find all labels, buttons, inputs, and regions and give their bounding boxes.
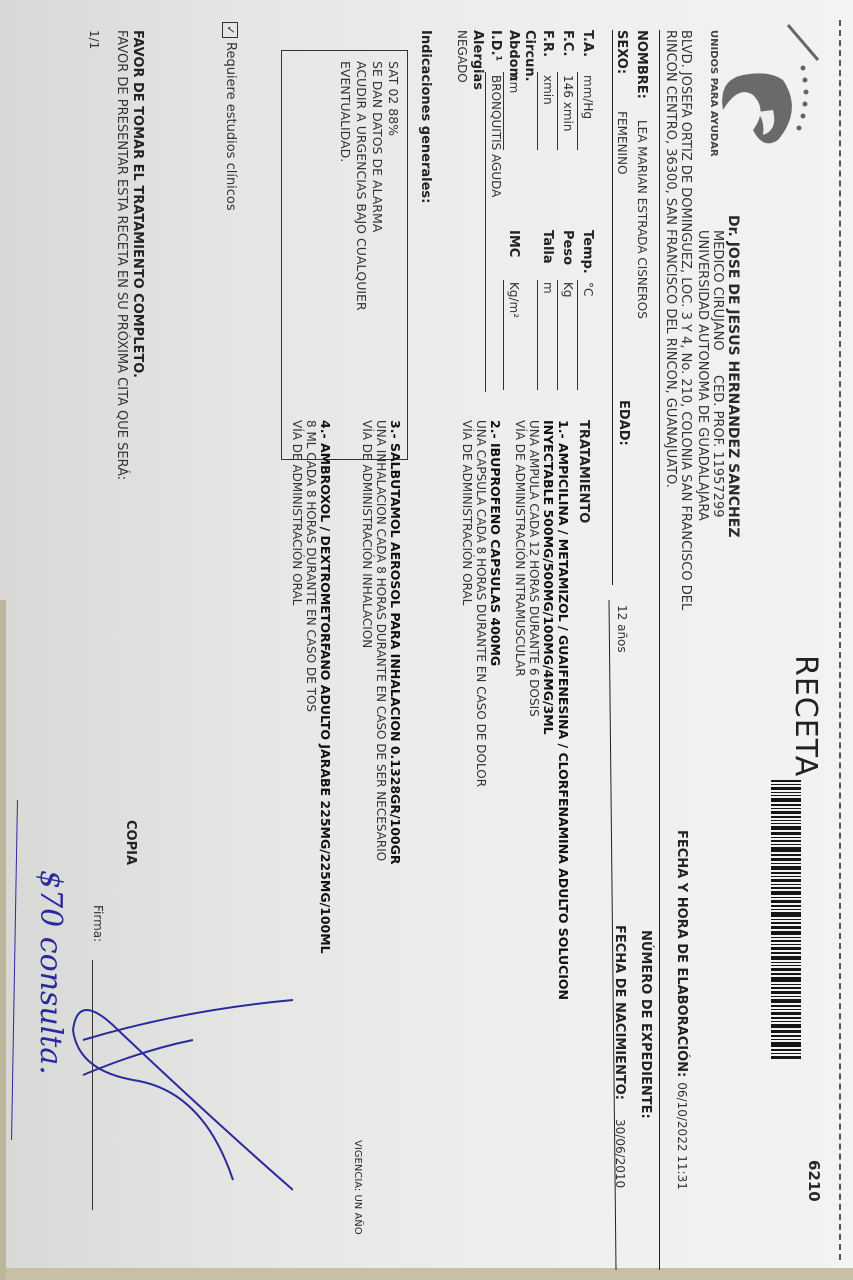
page-number: 1/1: [87, 30, 101, 49]
issued-value: 06/10/2022 11:31: [675, 1082, 689, 1190]
treatment-item: 4.- AMBROXOL / DEXTROMETORFANO ADULTO JA…: [290, 420, 333, 954]
issued-label: FECHA Y HORA DE ELABORACIÓN:: [674, 830, 689, 1077]
fc-label: F.C.: [560, 30, 575, 56]
medication-name: 4.- AMBROXOL / DEXTROMETORFANO ADULTO JA…: [318, 420, 333, 954]
treatment-item: 3.- SALBUTAMOL AEROSOL PARA INHALACION 0…: [360, 420, 403, 864]
indication-line: EVENTUALIDAD.: [337, 61, 353, 449]
patient-sex: FEMENINO: [615, 111, 629, 174]
treatment-label: TRATAMIENTO: [576, 420, 591, 523]
patient-name: LEA MARIAN ESTRADA CISNEROS: [635, 120, 649, 319]
height-label: Talla: [540, 230, 555, 264]
ta-label: T.A.: [580, 30, 595, 57]
diagnosis-value: BRONQUITIS AGUDA: [489, 75, 503, 197]
allergies-label: Alergias: [470, 30, 485, 90]
weight-label: Peso: [560, 230, 575, 265]
svg-text:UNIDOS PARA AYUDAR: UNIDOS PARA AYUDAR: [708, 30, 719, 157]
circ-label: Circun.: [522, 30, 537, 82]
medication-instruction: VÍA DE ADMINISTRACIÓN INHALACION: [360, 420, 374, 864]
file-number-label: NÚMERO DE EXPEDIENTE:: [638, 930, 653, 1119]
medication-name: 2.- IBUPROFENO CAPSULAS 400MG: [488, 420, 503, 787]
bmi-label: IMC: [506, 230, 521, 257]
barcode: [771, 780, 801, 1190]
allergies-value: NEGADO: [455, 30, 469, 83]
patient-sex-label: SEXO:: [614, 30, 629, 74]
diagnosis-label: I.D.¹: [488, 30, 503, 61]
medication-instruction: VÍA DE ADMINISTRACIÓN ORAL: [290, 420, 304, 954]
fc-value: 146 xmin: [561, 75, 575, 131]
abdom-label: Abdom: [506, 30, 521, 81]
clinic-logo-icon: UNIDOS PARA AYUDAR: [703, 20, 823, 200]
studies-checkbox[interactable]: ✓: [222, 22, 238, 38]
studies-label: Requiere estudios clínicos: [223, 42, 238, 211]
medication-instruction: 8 ML CADA 8 HORAS DURANTE EN CASO DE TOS: [304, 420, 318, 954]
bmi-value: Kg/m²: [507, 282, 521, 318]
age-value: 12 años: [615, 605, 629, 653]
footer-next-visit: FAVOR DE PRESENTAR ESTA RECETA EN SU PRÓ…: [114, 30, 129, 480]
medication-presentation: INYECTABLE 500MG/500MG/100MG/4MG/3ML: [541, 420, 556, 1000]
medication-instruction: UNA AMPULA CADA 12 HORAS DURANTE 6 DOSIS: [527, 420, 541, 1000]
age-label: EDAD:: [616, 400, 631, 446]
doctor-specialty: MEDICO CIRUJANO: [710, 230, 725, 351]
medication-instruction: VÍA DE ADMINISTRACIÓN ORAL: [460, 420, 474, 787]
perforation-line: [839, 20, 841, 1260]
ta-value: mm/Hg: [581, 75, 595, 119]
document-title: RECETA: [788, 655, 823, 777]
clinic-address-line2: RINCON CENTRO, 36300, SAN FRANCISCO DEL …: [663, 30, 678, 488]
treatment-item: 2.- IBUPROFENO CAPSULAS 400MGUNA CAPSULA…: [460, 420, 503, 787]
temp-label: Temp.: [580, 230, 595, 274]
patient-sex-row: SEXO: FEMENINO: [614, 30, 633, 175]
fr-value: xmin: [541, 75, 555, 105]
divider: [659, 30, 660, 1270]
indication-line: SAT 02 88%: [385, 61, 401, 449]
doctor-university: UNIVERSIDAD AUTONOMA DE GUADALAJARA: [695, 230, 710, 521]
validity: VIGENCIA: UN AÑO: [352, 1140, 363, 1235]
patient-name-label: NOMBRE:: [634, 30, 649, 99]
handwritten-underline: [11, 800, 18, 1140]
medication-instruction: UNA INHALACION CADA 8 HORAS DURANTE EN C…: [374, 420, 388, 864]
footer-complete: FAVOR DE TOMAR EL TRATAMIENTO COMPLETO.: [130, 30, 145, 378]
prescription-document: UNIDOS PARA AYUDAR RECETA 6210 Dr. JOSE …: [0, 0, 853, 1280]
treatment-item: 1.- AMPICILINA / METAMIZOL / GUAIFENESIN…: [513, 420, 571, 1000]
indication-line: SE DAN DATOS DE ALARMA: [369, 61, 385, 449]
abdom-value: cm: [507, 75, 521, 93]
fr-label: F.R.: [540, 30, 555, 57]
doctor-license: CED. PROF. 11957299: [710, 375, 725, 518]
indications-label: Indicaciones generales:: [418, 30, 433, 203]
medication-name: 1.- AMPICILINA / METAMIZOL / GUAIFENESIN…: [556, 420, 571, 1000]
signature: [63, 880, 293, 1240]
height-value: m: [541, 282, 555, 294]
weight-value: Kg: [561, 282, 575, 298]
indications-box: SAT 02 88%SE DAN DATOS DE ALARMAACUDIR A…: [281, 50, 408, 460]
folio-number: 6210: [805, 1160, 823, 1202]
divider: [612, 30, 613, 585]
patient-name-row: NOMBRE: LEA MARIAN ESTRADA CISNEROS: [634, 30, 653, 319]
temp-value: °C: [581, 282, 595, 296]
handwritten-note: $70 consulta.: [33, 870, 68, 1075]
indication-line: ACUDIR A URGENCIAS BAJO CUALQUIER: [353, 61, 369, 449]
medication-instruction: VÍA DE ADMINISTRACIÓN INTRAMUSCULAR: [513, 420, 527, 1000]
doctor-name: Dr. JOSE DE JESUS HERNANDEZ SANCHEZ: [725, 215, 741, 537]
medication-name: 3.- SALBUTAMOL AEROSOL PARA INHALACION 0…: [388, 420, 403, 864]
clinic-address-line1: BLVD. JOSEFA ORTIZ DE DOMINGUEZ, LOC. 3 …: [678, 30, 693, 610]
copy-label: COPIA: [123, 820, 138, 865]
medication-instruction: UNA CAPSULA CADA 8 HORAS DURANTE EN CASO…: [474, 420, 488, 787]
issued-datetime: FECHA Y HORA DE ELABORACIÓN: 06/10/2022 …: [674, 830, 693, 1190]
